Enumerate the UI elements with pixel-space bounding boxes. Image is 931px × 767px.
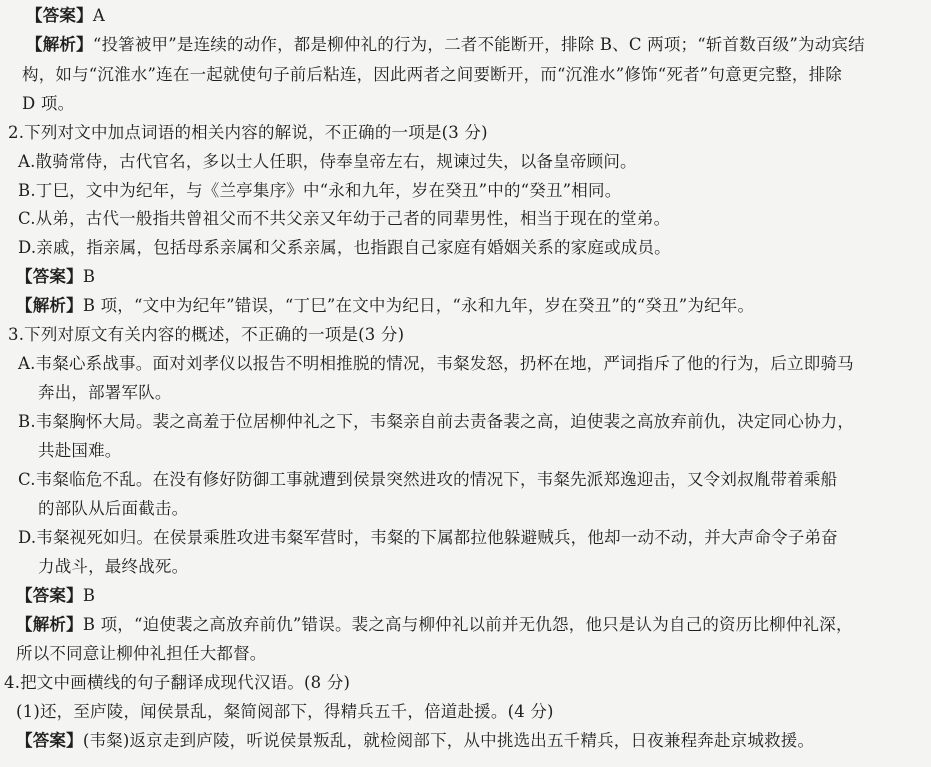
q3-option-d-line-1: D.韦粲视死如归。在侯景乘胜攻进韦粲军营时，韦粲的下属都拉他躲避贼兵，他却一动不… — [18, 528, 838, 548]
q4-sub1: (1)还，至庐陵，闻侯景乱，粲简阅部下，得精兵五千，倍道赴援。(4 分) — [16, 702, 554, 722]
answer-value: B — [83, 586, 95, 605]
answer-value: B — [83, 267, 95, 286]
q4-question: 4.把文中画横线的句子翻译成现代汉语。(8 分) — [4, 673, 350, 693]
q1-answer: 【答案】A — [26, 6, 105, 26]
q3-option-c-line-2: 的部队从后面截击。 — [38, 499, 188, 519]
answer-label: 【答案】 — [26, 6, 93, 25]
q2-answer: 【答案】B — [16, 267, 95, 287]
q2-option-b: B.丁巳，文中为纪年，与《兰亭集序》中“永和九年，岁在癸丑”中的“癸丑”相同。 — [18, 181, 621, 201]
q3-option-d-line-2: 力战斗，最终战死。 — [38, 557, 188, 577]
q1-analysis-line-2: 构，如与“沉淮水”连在一起就使句子前后粘连，因此两者之间要断开，而“沉淮水”修饰… — [22, 65, 842, 85]
answer-label: 【答案】 — [16, 267, 83, 286]
q2-question: 2.下列对文中加点词语的相关内容的解说，不正确的一项是(3 分) — [8, 123, 488, 143]
q2-analysis: 【解析】B 项，“文中为纪年”错误，“丁巳”在文中为纪日，“永和九年，岁在癸丑”… — [16, 296, 754, 316]
analysis-label: 【解析】 — [26, 35, 93, 54]
answer-label: 【答案】 — [16, 586, 83, 605]
answer-value: A — [93, 6, 105, 25]
analysis-label: 【解析】 — [16, 296, 83, 315]
q3-analysis-line-1: 【解析】B 项，“迫使裴之高放弃前仇”错误。裴之高与柳仲礼以前并无仇怨，他只是认… — [16, 615, 853, 635]
q2-option-d: D.亲戚，指亲属，包括母系亲属和父系亲属，也指跟自己家庭有婚姻关系的家庭或成员。 — [18, 238, 671, 258]
q2-option-a: A.散骑常侍，古代官名，多以士人任职，侍奉皇帝左右，规谏过失，以备皇帝顾问。 — [18, 152, 637, 172]
answer-label: 【答案】 — [16, 731, 83, 750]
q1-analysis-line-1: 【解析】“投箸被甲”是连续的动作，都是柳仲礼的行为，二者不能断开，排除 B、C … — [26, 35, 865, 55]
q3-option-a-line-1: A.韦粲心系战事。面对刘孝仪以报告不明相推脱的情况，韦粲发怒，扔杯在地，严词指斥… — [18, 354, 854, 374]
q3-option-c-line-1: C.韦粲临危不乱。在没有修好防御工事就遭到侯景突然进攻的情况下，韦粲先派郑逸迎击… — [18, 470, 837, 490]
analysis-label: 【解析】 — [16, 615, 83, 634]
q3-option-a-line-2: 奔出，部署军队。 — [38, 383, 172, 403]
q3-option-b-line-2: 共赴国难。 — [38, 441, 122, 461]
q3-answer: 【答案】B — [16, 586, 95, 606]
q1-analysis-line-3: D 项。 — [22, 94, 74, 114]
q3-option-b-line-1: B.韦粲胸怀大局。裴之高羞于位居柳仲礼之下，韦粲亲自前去责备裴之高，迫使裴之高放… — [18, 412, 854, 432]
q2-option-c: C.从弟，古代一般指共曾祖父而不共父亲又年幼于己者的同辈男性，相当于现在的堂弟。 — [18, 209, 670, 229]
q4-answer1: 【答案】(韦粲)返京走到庐陵，听说侯景叛乱，就检阅部下，从中挑选出五千精兵，日夜… — [16, 731, 814, 751]
document-page: 【答案】A 【解析】“投箸被甲”是连续的动作，都是柳仲礼的行为，二者不能断开，排… — [0, 0, 931, 767]
q3-analysis-line-2: 所以不同意让柳仲礼担任大都督。 — [16, 644, 267, 664]
q3-question: 3.下列对原文有关内容的概述，不正确的一项是(3 分) — [8, 325, 404, 345]
